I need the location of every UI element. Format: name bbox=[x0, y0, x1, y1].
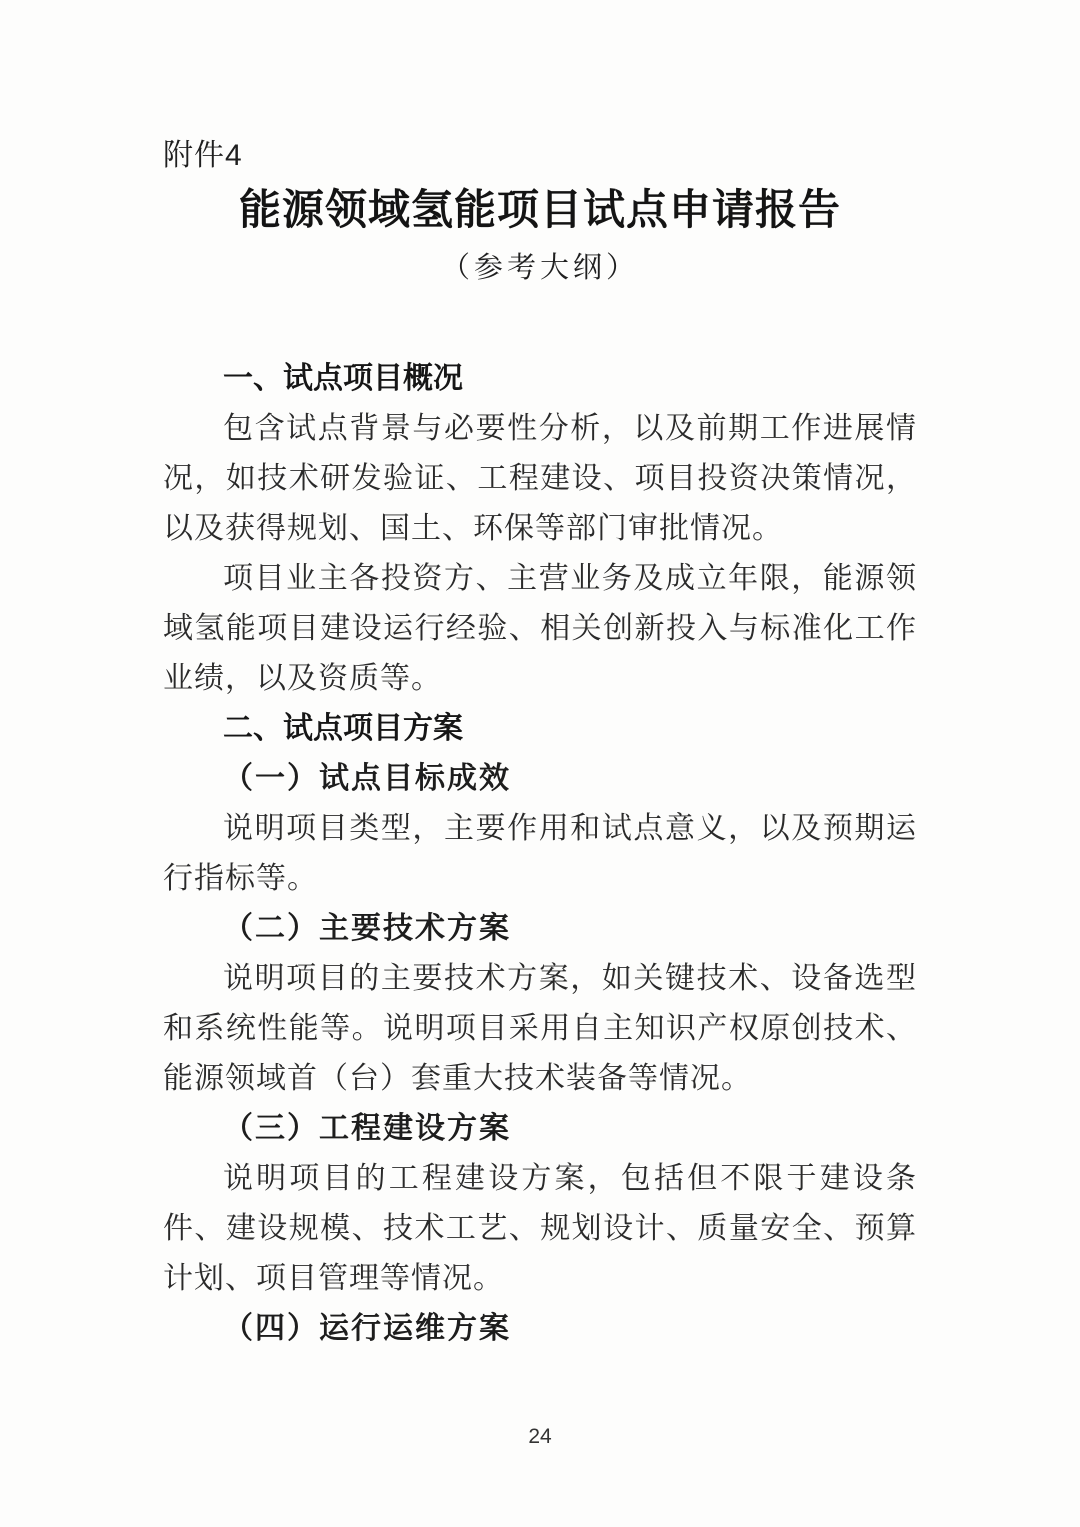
attachment-label: 附件4 bbox=[163, 136, 917, 176]
subsection-heading-2-4: （四）运行运维方案 bbox=[163, 1304, 917, 1354]
subsection-heading-2-1: （一）试点目标成效 bbox=[163, 754, 917, 804]
subsection-heading-2-3: （三）工程建设方案 bbox=[163, 1104, 917, 1154]
paragraph: 说明项目的主要技术方案，如关键技术、设备选型和系统性能等。说明项目采用自主知识产… bbox=[163, 954, 917, 1104]
paragraph: 项目业主各投资方、主营业务及成立年限，能源领域氢能项目建设运行经验、相关创新投入… bbox=[163, 554, 917, 704]
paragraph: 说明项目的工程建设方案，包括但不限于建设条件、建设规模、技术工艺、规划设计、质量… bbox=[163, 1154, 917, 1304]
paragraph: 说明项目类型，主要作用和试点意义，以及预期运行指标等。 bbox=[163, 804, 917, 904]
paragraph: 包含试点背景与必要性分析，以及前期工作进展情况，如技术研发验证、工程建设、项目投… bbox=[163, 404, 917, 554]
document-title: 能源领域氢能项目试点申请报告 bbox=[163, 184, 917, 236]
section-heading-2: 二、试点项目方案 bbox=[163, 704, 917, 754]
subsection-heading-2-2: （二）主要技术方案 bbox=[163, 904, 917, 954]
document-content: 附件4 能源领域氢能项目试点申请报告 （参考大纲） 一、试点项目概况 包含试点背… bbox=[163, 136, 917, 1354]
page-number: 24 bbox=[0, 1425, 1080, 1449]
document-subtitle: （参考大纲） bbox=[163, 246, 917, 290]
section-heading-1: 一、试点项目概况 bbox=[163, 354, 917, 404]
document-page: 附件4 能源领域氢能项目试点申请报告 （参考大纲） 一、试点项目概况 包含试点背… bbox=[0, 0, 1080, 1527]
document-body: 一、试点项目概况 包含试点背景与必要性分析，以及前期工作进展情况，如技术研发验证… bbox=[163, 354, 917, 1354]
